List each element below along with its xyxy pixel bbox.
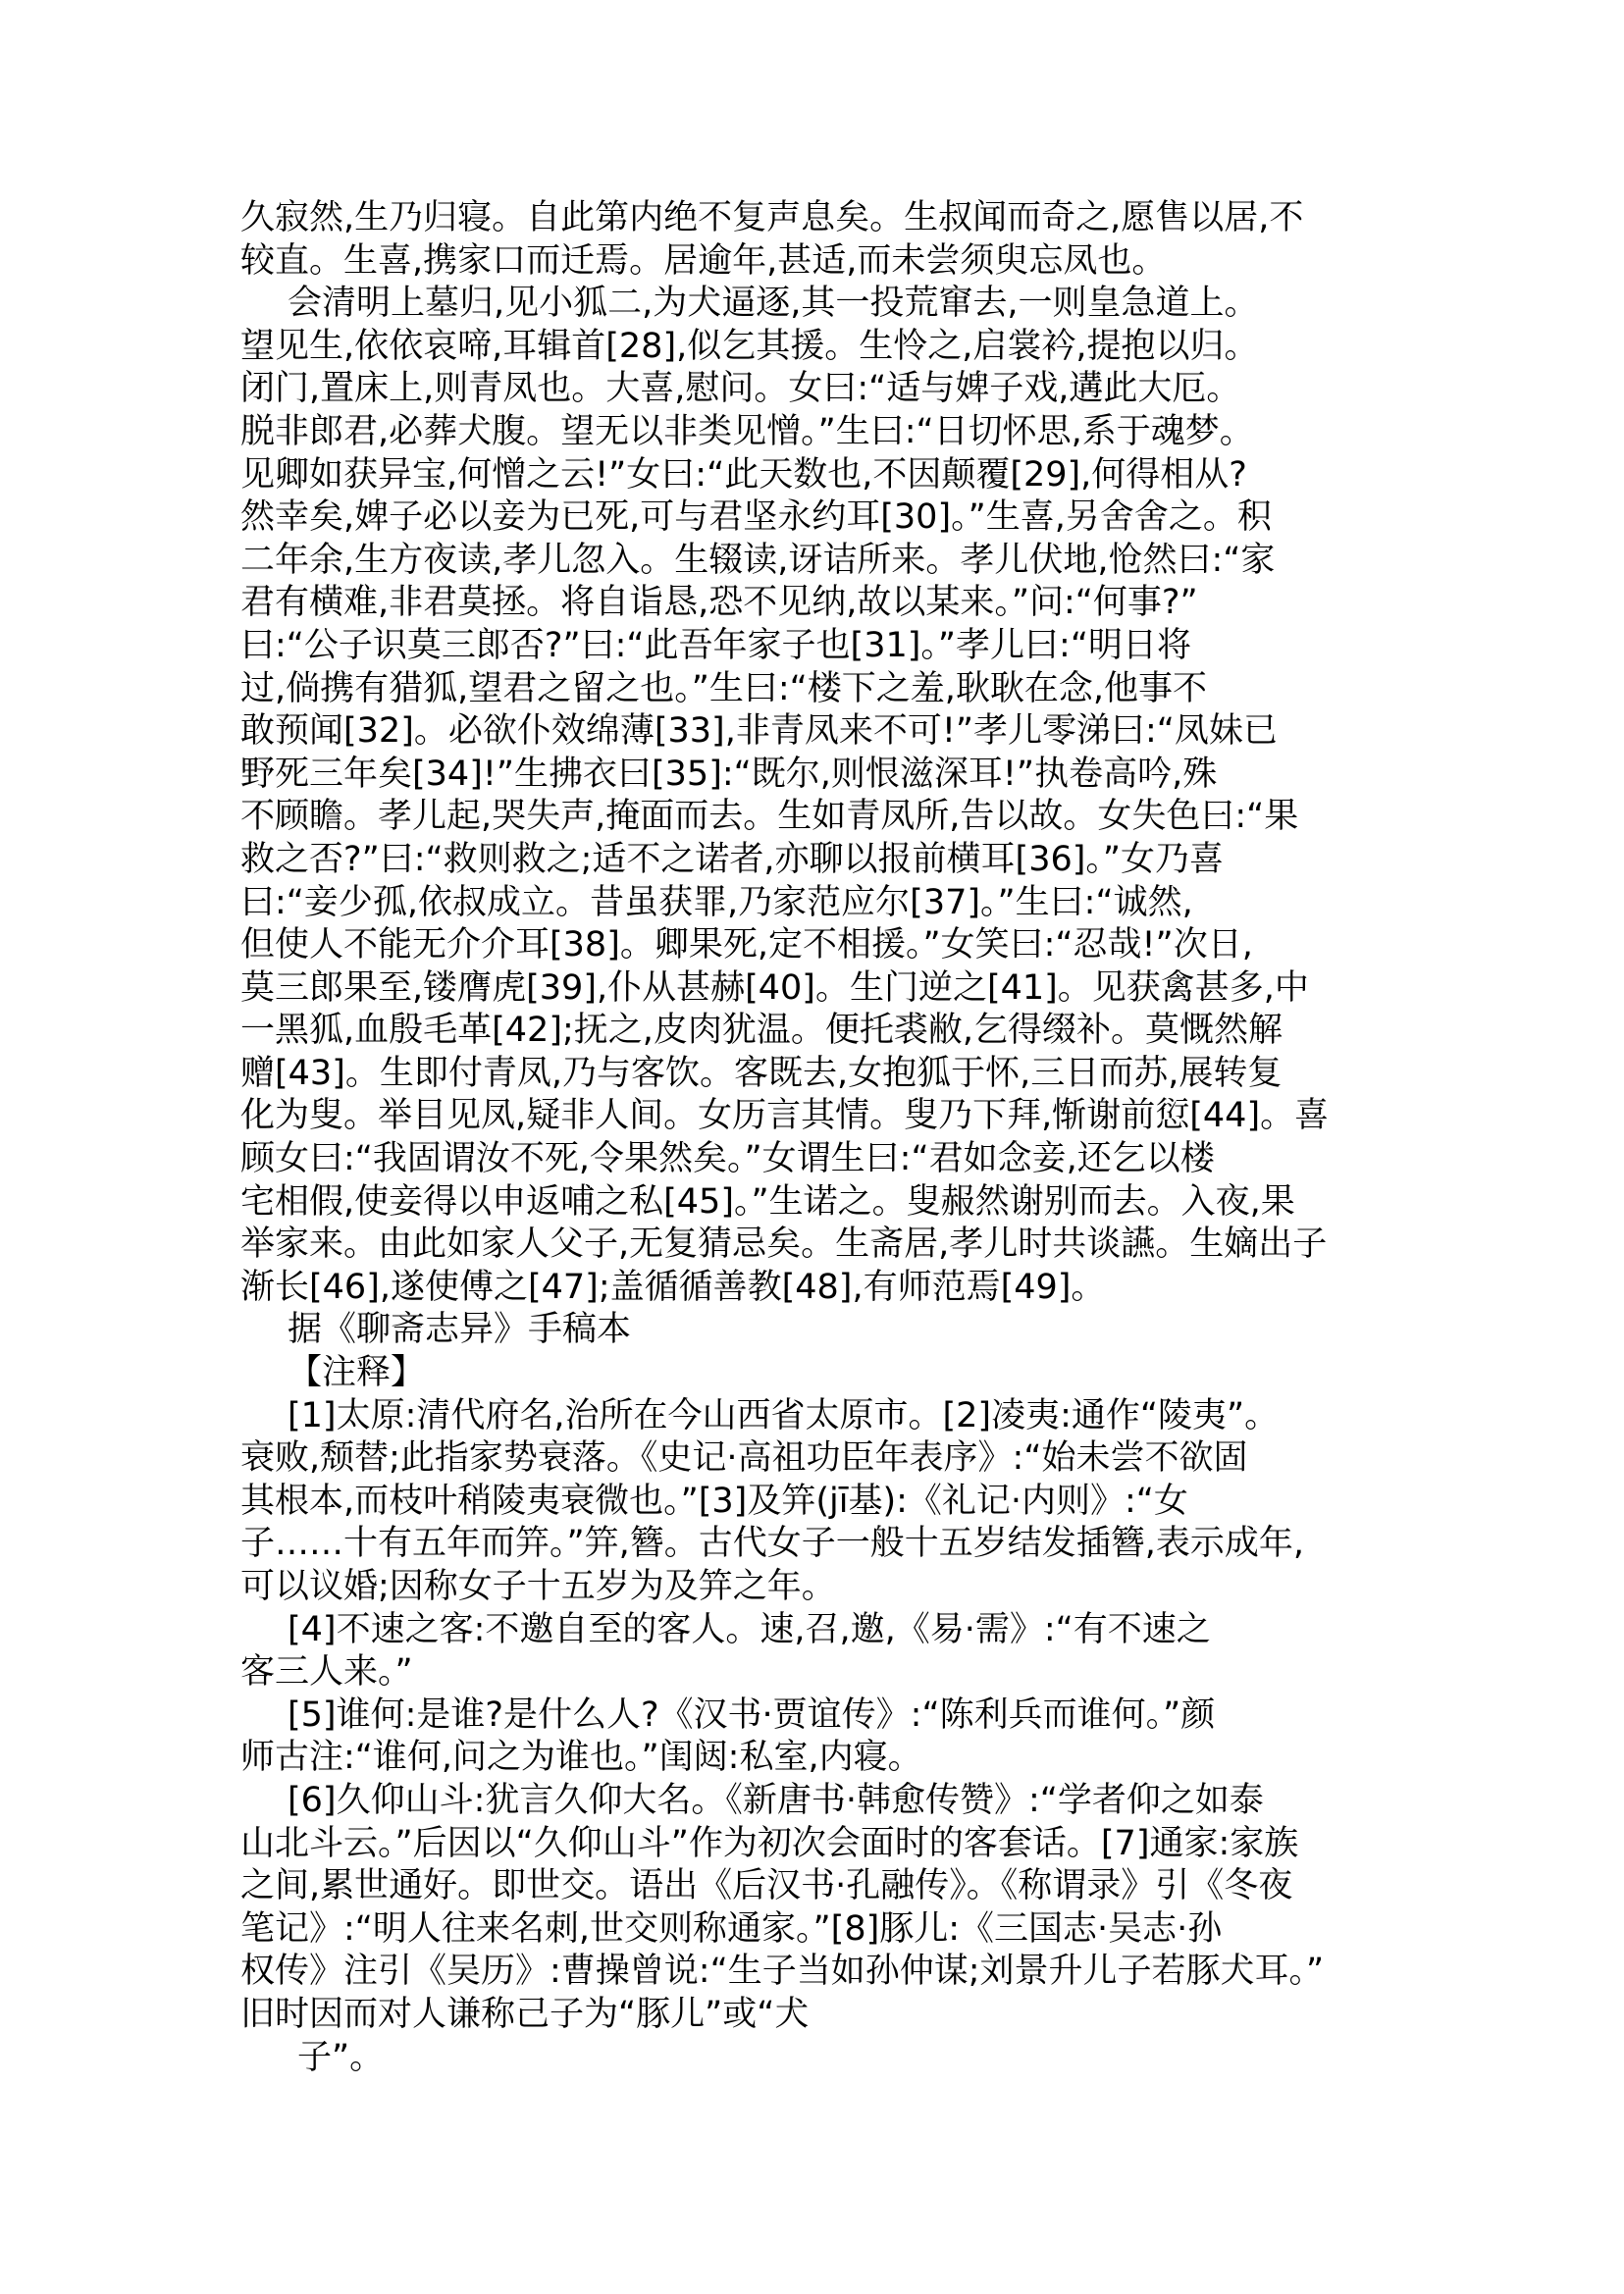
text-line: 野死三年矣[34]!”生拂衣曰[35]:“既尔,则恨滋深耳!”执卷高吟,殊 — [240, 754, 1393, 797]
text-line: 据《聊斋志异》手稿本 — [240, 1309, 1393, 1352]
text-line: 渐长[46],遂使傅之[47];盖循循善教[48],有师范焉[49]。 — [240, 1267, 1393, 1310]
text-line: [6]久仰山斗:犹言久仰大名。《新唐书·韩愈传赞》:“学者仰之如泰 — [240, 1780, 1393, 1823]
text-line: 宅相假,使妾得以申返哺之私[45]。”生诺之。叟赧然谢别而去。入夜,果 — [240, 1181, 1393, 1225]
text-line: 之间,累世通好。即世交。语出《后汉书·孔融传》。《称谓录》引《冬夜 — [240, 1865, 1393, 1908]
text-line: 不顾瞻。孝儿起,哭失声,掩面而去。生如青凤所,告以故。女失色曰:“果 — [240, 796, 1393, 839]
document-page: 久寂然,生乃归寝。自此第内绝不复声息矣。生叔闻而奇之,愿售以居,不较直。生喜,携… — [0, 0, 1624, 2294]
text-line: 其根本,而枝叶稍陵夷衰微也。”[3]及笄(jī基):《礼记·内则》:“女 — [240, 1481, 1393, 1524]
text-line: 旧时因而对人谦称己子为“豚儿”或“犬 — [240, 1994, 1393, 2037]
text-line: 笔记》:“明人往来名刺,世交则称通家。”[8]豚儿:《三国志·吴志·孙 — [240, 1908, 1393, 1952]
text-line: 权传》注引《吴历》:曹操曾说:“生子当如孙仲谋;刘景升儿子若豚犬耳。” — [240, 1951, 1393, 1994]
text-line: 赠[43]。生即付青凤,乃与客饮。客既去,女抱狐于怀,三日而苏,展转复 — [240, 1053, 1393, 1096]
text-line: 一黑狐,血殷毛革[42];抚之,皮肉犹温。便托裘敝,乞得缀补。莫慨然解 — [240, 1010, 1393, 1053]
text-line: 师古注:“谁何,问之为谁也。”闺闼:私室,内寝。 — [240, 1737, 1393, 1780]
text-line: 二年余,生方夜读,孝儿忽入。生辍读,讶诘所来。孝儿伏地,怆然曰:“家 — [240, 540, 1393, 583]
text-line: 脱非郎君,必葬犬腹。望无以非类见憎。”生曰:“日切怀思,系于魂梦。 — [240, 411, 1393, 454]
text-line: 山北斗云。”后因以“久仰山斗”作为初次会面时的客套话。[7]通家:家族 — [240, 1823, 1393, 1866]
text-line: 客三人来。” — [240, 1651, 1393, 1694]
text-line: 救之否?”曰:“救则救之;适不之诺者,亦聊以报前横耳[36]。”女乃喜 — [240, 839, 1393, 882]
text-line: [1]太原:清代府名,治所在今山西省太原市。[2]凌夷:通作“陵夷”。 — [240, 1395, 1393, 1438]
text-line: 【注释】 — [240, 1352, 1393, 1395]
text-line: 子”。 — [240, 2037, 1393, 2080]
text-line: 久寂然,生乃归寝。自此第内绝不复声息矣。生叔闻而奇之,愿售以居,不 — [240, 197, 1393, 240]
text-line: 曰:“妾少孤,依叔成立。昔虽获罪,乃家范应尔[37]。”生曰:“诚然, — [240, 882, 1393, 925]
text-line: 曰:“公子识莫三郎否?”曰:“此吾年家子也[31]。”孝儿曰:“明日将 — [240, 625, 1393, 668]
text-line: 但使人不能无介介耳[38]。卿果死,定不相援。”女笑曰:“忍哉!”次日, — [240, 924, 1393, 967]
text-line: 君有横难,非君莫拯。将自诣恳,恐不见纳,故以某来。”问:“何事?” — [240, 582, 1393, 625]
text-line: 会清明上墓归,见小狐二,为犬逼逐,其一投荒窜去,一则皇急道上。 — [240, 283, 1393, 326]
text-line: 望见生,依依哀啼,耳辑首[28],似乞其援。生怜之,启裳衿,提抱以归。 — [240, 326, 1393, 369]
text-line: 顾女曰:“我固谓汝不死,令果然矣。”女谓生曰:“君如念妾,还乞以楼 — [240, 1138, 1393, 1181]
text-line: 较直。生喜,携家口而迁焉。居逾年,甚适,而未尝须臾忘凤也。 — [240, 240, 1393, 284]
text-line: 化为叟。举目见凤,疑非人间。女历言其情。叟乃下拜,惭谢前愆[44]。喜 — [240, 1095, 1393, 1138]
text-line: 子……十有五年而笄。”笄,簪。古代女子一般十五岁结发插簪,表示成年, — [240, 1523, 1393, 1566]
text-line: 见卿如获异宝,何憎之云!”女曰:“此天数也,不因颠覆[29],何得相从? — [240, 454, 1393, 497]
text-line: 然幸矣,婢子必以妾为已死,可与君坚永约耳[30]。”生喜,另舍舍之。积 — [240, 496, 1393, 540]
text-line: 过,倘携有猎狐,望君之留之也。”生曰:“楼下之羞,耿耿在念,他事不 — [240, 668, 1393, 711]
text-line: 莫三郎果至,镂膺虎[39],仆从甚赫[40]。生门逆之[41]。见获禽甚多,中 — [240, 967, 1393, 1011]
text-line: [4]不速之客:不邀自至的客人。速,召,邀,《易·需》:“有不速之 — [240, 1609, 1393, 1652]
text-line: 可以议婚;因称女子十五岁为及笄之年。 — [240, 1566, 1393, 1609]
text-line: 闭门,置床上,则青凤也。大喜,慰问。女曰:“适与婢子戏,遘此大厄。 — [240, 368, 1393, 411]
text-block: 久寂然,生乃归寝。自此第内绝不复声息矣。生叔闻而奇之,愿售以居,不较直。生喜,携… — [240, 197, 1393, 2079]
text-line: 敢预闻[32]。必欲仆效绵薄[33],非青凤来不可!”孝儿零涕曰:“凤妹已 — [240, 710, 1393, 754]
text-line: 衰败,颓替;此指家势衰落。《史记·高祖功臣年表序》:“始未尝不欲固 — [240, 1437, 1393, 1481]
text-line: [5]谁何:是谁?是什么人?《汉书·贾谊传》:“陈利兵而谁何。”颜 — [240, 1694, 1393, 1738]
text-line: 举家来。由此如家人父子,无复猜忌矣。生斋居,孝儿时共谈讌。生嫡出子 — [240, 1224, 1393, 1267]
